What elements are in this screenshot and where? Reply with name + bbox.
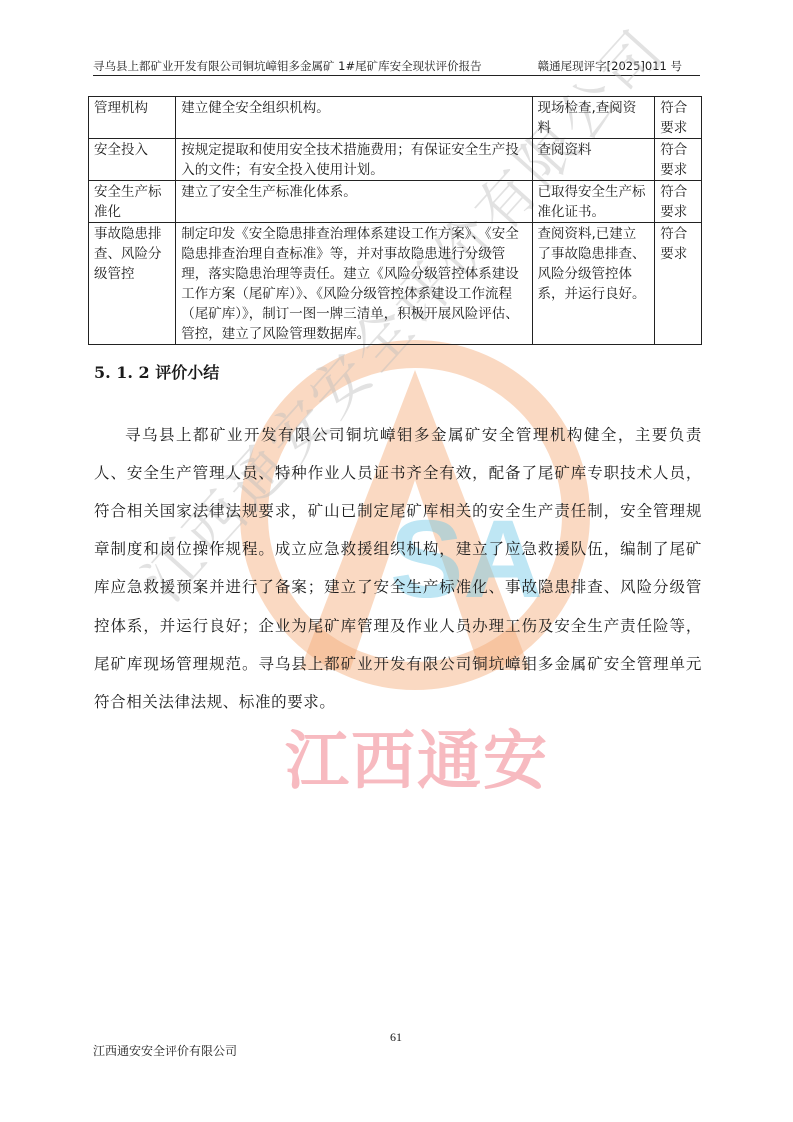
table-row: 事故隐患排查、风险分级管控 制定印发《安全隐患排查治理体系建设工作方案》、《安全… bbox=[89, 223, 702, 345]
evaluation-table: 管理机构 建立健全安全组织机构。 现场检查,查阅资料 符合要求 安全投入 按规定… bbox=[88, 96, 702, 345]
watermark-bottom-text: 江西通安 bbox=[285, 710, 549, 802]
table-cell-result: 符合要求 bbox=[655, 223, 702, 345]
summary-paragraph: 寻乌县上都矿业开发有限公司铜坑嶂钼多金属矿安全管理机构健全，主要负责人、安全生产… bbox=[94, 416, 702, 722]
page-number: 61 bbox=[390, 1030, 402, 1045]
table-cell-result: 符合要求 bbox=[655, 139, 702, 181]
table-row: 安全生产标准化 建立了安全生产标准化体系。 已取得安全生产标准化证书。 符合要求 bbox=[89, 181, 702, 223]
table-cell-item: 事故隐患排查、风险分级管控 bbox=[89, 223, 176, 345]
table-cell-result: 符合要求 bbox=[655, 181, 702, 223]
table-cell-method: 现场检查,查阅资料 bbox=[532, 97, 655, 139]
table-cell-result: 符合要求 bbox=[655, 97, 702, 139]
table-cell-item: 安全投入 bbox=[89, 139, 176, 181]
table-cell-content: 建立健全安全组织机构。 bbox=[176, 97, 532, 139]
section-heading: 5. 1. 2 评价小结 bbox=[94, 360, 219, 383]
table-row: 安全投入 按规定提取和使用安全技术措施费用；有保证安全生产投入的文件；有安全投入… bbox=[89, 139, 702, 181]
table-cell-item: 管理机构 bbox=[89, 97, 176, 139]
page-header: 寻乌县上都矿业开发有限公司铜坑嶂钼多金属矿 1#尾矿库安全现状评价报告 赣通尾现… bbox=[93, 55, 700, 76]
footer-company: 江西通安安全评价有限公司 bbox=[93, 1042, 237, 1059]
table-cell-method: 已取得安全生产标准化证书。 bbox=[532, 181, 655, 223]
table-cell-method: 查阅资料,已建立了事故隐患排查、风险分级管控体系，并运行良好。 bbox=[532, 223, 655, 345]
table-cell-content: 制定印发《安全隐患排查治理体系建设工作方案》、《安全隐患排查治理自查标准》等，并… bbox=[176, 223, 532, 345]
report-number: 赣通尾现评字[2025]011 号 bbox=[538, 57, 682, 75]
table-row: 管理机构 建立健全安全组织机构。 现场检查,查阅资料 符合要求 bbox=[89, 97, 702, 139]
report-title: 寻乌县上都矿业开发有限公司铜坑嶂钼多金属矿 1#尾矿库安全现状评价报告 bbox=[93, 57, 482, 75]
table-cell-content: 按规定提取和使用安全技术措施费用；有保证安全生产投入的文件；有安全投入使用计划。 bbox=[176, 139, 532, 181]
table-cell-content: 建立了安全生产标准化体系。 bbox=[176, 181, 532, 223]
table-cell-method: 查阅资料 bbox=[532, 139, 655, 181]
table-cell-item: 安全生产标准化 bbox=[89, 181, 176, 223]
